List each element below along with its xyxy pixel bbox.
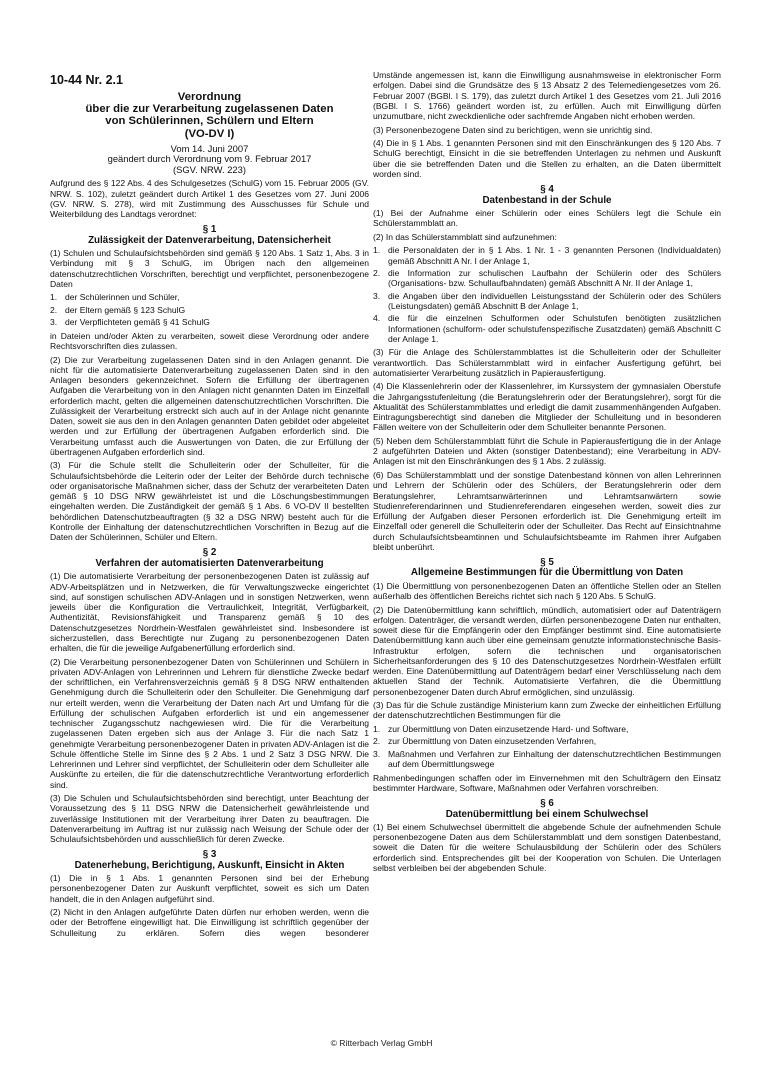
list-text: zur Übermittlung von Daten einzusetzende… [388,724,721,734]
numbered-list: 1.zur Übermittlung von Daten einzusetzen… [373,724,721,769]
title-line: (VO-DV I) [50,128,369,140]
paragraph: (6) Das Schülerstammblatt und der sonsti… [373,470,721,552]
list-text: die Information zur schulischen Laufbahn… [388,268,721,289]
paragraph: in Dateien und/oder Akten zu verarbeiten… [50,331,369,352]
section-title: Verfahren der automatisierten Datenverar… [95,558,323,569]
list-item: 2.zur Übermittlung von Daten einzusetzen… [373,736,721,746]
list-text: der Schülerinnen und Schüler, [65,292,369,302]
list-text: zur Übermittlung von Daten einzusetzende… [388,736,721,746]
section-4-heading: § 4 Datenbestand in der Schule [373,185,721,206]
title-line: von Schülerinnen, Schülern und Eltern [50,115,369,127]
title-line: über die zur Verarbeitung zugelassenen D… [50,103,369,115]
paragraph: (1) Die Übermittlung von personenbezogen… [373,581,721,602]
list-number: 4. [373,313,388,344]
section-5-heading: § 5 Allgemeine Bestimmungen für die Über… [373,558,721,579]
preamble: Aufgrund des § 122 Abs. 4 des Schulgeset… [50,178,369,219]
document-subtitle: Vom 14. Juni 2007 geändert durch Verordn… [50,144,369,176]
section-3-heading: § 3 Datenerhebung, Berichtigung, Auskunf… [50,850,369,871]
list-number: 1. [50,292,65,302]
numbered-list: 1.der Schülerinnen und Schüler, 2.der El… [50,292,369,327]
section-title: Allgemeine Bestimmungen für die Übermitt… [411,567,683,578]
list-item: 4.die für die einzelnen Schulformen oder… [373,313,721,344]
paragraph: (2) Die zur Verarbeitung zugelassenen Da… [50,355,369,458]
list-number: 2. [373,268,388,289]
paragraph: (3) Für die Anlage des Schülerstammblatt… [373,347,721,378]
paragraph: (1) Die in § 1 Abs. 1 genannten Personen… [50,873,369,904]
section-2-heading: § 2 Verfahren der automatisierten Datenv… [50,548,369,569]
copyright-footer: © Ritterbach Verlag GmbH [0,1038,763,1048]
list-number: 1. [373,245,388,266]
paragraph-continued: Umstände angemessen ist, kann die Einwil… [373,70,721,121]
list-text: die für die einzelnen Schulformen oder S… [388,313,721,344]
document-number: 10-44 Nr. 2.1 [50,73,369,88]
numbered-list: 1.die Personaldaten der in § 1 Abs. 1 Nr… [373,245,721,344]
document-title: Verordnung über die zur Verarbeitung zug… [50,91,369,140]
paragraph: (2) In das Schülerstammblatt sind aufzun… [373,232,721,242]
paragraph: (2) Nicht in den Anlagen aufgeführte Dat… [50,907,369,938]
paragraph: Rahmenbedingungen schaffen oder im Einve… [373,773,721,794]
right-column: Umstände angemessen ist, kann die Einwil… [373,70,721,876]
paragraph: (3) Personenbezogene Daten sind zu beric… [373,125,721,135]
list-number: 2. [50,305,65,315]
list-item: 3.die Angaben über den individuellen Lei… [373,291,721,312]
paragraph: (1) Schulen und Schulaufsichtsbehörden s… [50,248,369,289]
list-number: 3. [373,291,388,312]
list-item: 3.Maßnahmen und Verfahren zur Einhaltung… [373,749,721,770]
list-text: die Angaben über den individuellen Leist… [388,291,721,312]
paragraph: (4) Die Klassenlehrerin oder der Klassen… [373,381,721,432]
list-text: der Eltern gemäß § 123 SchulG [65,305,369,315]
section-title: Datenübermittlung bei einem Schulwechsel [446,809,649,820]
paragraph: (5) Neben dem Schülerstammblatt führt di… [373,436,721,467]
list-item: 3.der Verpflichteten gemäß § 41 SchulG [50,317,369,327]
list-text: die Personaldaten der in § 1 Abs. 1 Nr. … [388,245,721,266]
paragraph: (1) Bei der Aufnahme einer Schülerin ode… [373,208,721,229]
paragraph: (1) Bei einem Schulwechsel übermittelt d… [373,822,721,873]
section-1-heading: § 1 Zulässigkeit der Datenverarbeitung, … [50,225,369,246]
subtitle-line: (SGV. NRW. 223) [50,165,369,176]
section-6-heading: § 6 Datenübermittlung bei einem Schulwec… [373,799,721,820]
paragraph: (3) Für die Schule stellt die Schulleite… [50,460,369,542]
list-number: 3. [50,317,65,327]
section-title: Zulässigkeit der Datenverarbeitung, Date… [88,235,331,246]
paragraph: (2) Die Datenübermittlung kann schriftli… [373,605,721,697]
list-number: 1. [373,724,388,734]
paragraph: (2) Die Verarbeitung personenbezogener D… [50,657,369,790]
list-item: 1.der Schülerinnen und Schüler, [50,292,369,302]
section-title: Datenerhebung, Berichtigung, Auskunft, E… [75,860,345,871]
list-text: der Verpflichteten gemäß § 41 SchulG [65,317,369,327]
list-number: 2. [373,736,388,746]
paragraph: (4) Die in § 1 Abs. 1 genannten Personen… [373,138,721,179]
list-text: Maßnahmen und Verfahren zur Einhaltung d… [388,749,721,770]
paragraph: (3) Das für die Schule zuständige Minist… [373,700,721,721]
document-page: 10-44 Nr. 2.1 Verordnung über die zur Ve… [0,0,763,1080]
left-column: 10-44 Nr. 2.1 Verordnung über die zur Ve… [50,70,369,941]
section-title: Datenbestand in der Schule [482,195,611,206]
paragraph: (1) Die automatisierte Verarbeitung der … [50,571,369,653]
list-item: 2.die Information zur schulischen Laufba… [373,268,721,289]
paragraph: (3) Die Schulen und Schulaufsichtsbehörd… [50,793,369,844]
list-item: 1.die Personaldaten der in § 1 Abs. 1 Nr… [373,245,721,266]
title-line: Verordnung [50,91,369,103]
list-item: 2.der Eltern gemäß § 123 SchulG [50,305,369,315]
list-number: 3. [373,749,388,770]
list-item: 1.zur Übermittlung von Daten einzusetzen… [373,724,721,734]
